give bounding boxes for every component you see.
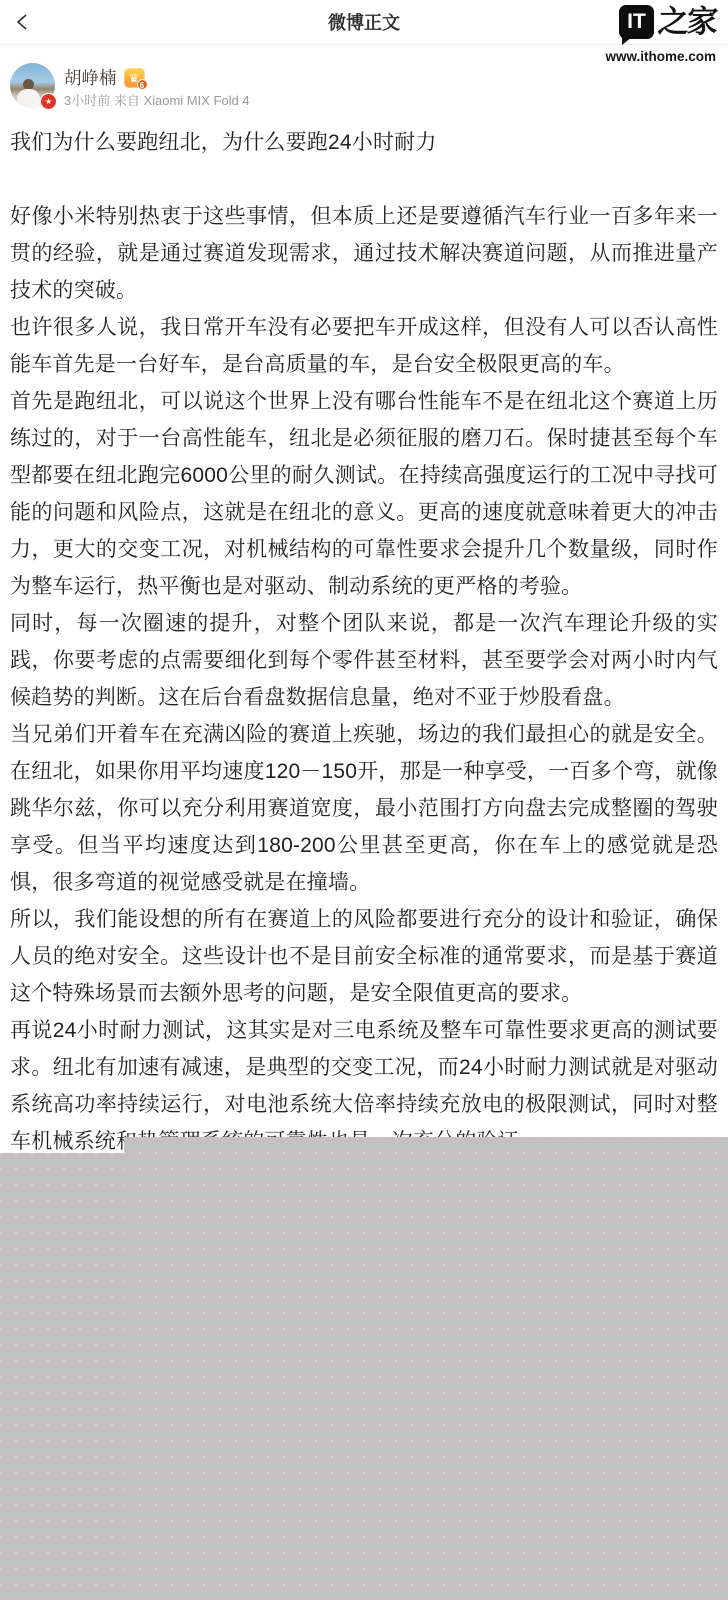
ithome-watermark: IT 之家 www.ithome.com — [605, 5, 716, 64]
post-paragraph — [10, 161, 718, 198]
post-paragraph: 好像小米特别热衷于这些事情，但本质上还是要遵循汽车行业一百多年来一贯的经验，就是… — [10, 198, 718, 309]
post-paragraph: 所以，我们能设想的所有在赛道上的风险都要进行充分的设计和验证，确保人员的绝对安全… — [10, 901, 718, 1012]
image-placeholder[interactable] — [124, 1137, 728, 1600]
image-placeholder-left[interactable] — [0, 1153, 124, 1600]
post-paragraph: 当兄弟们开着车在充满凶险的赛道上疾驰，场边的我们最担心的就是安全。在纽北，如果你… — [10, 716, 718, 901]
post-paragraph: 我们为什么要跑纽北，为什么要跑24小时耐力 — [10, 124, 718, 161]
vip-badge: ♛ 6 — [124, 68, 145, 88]
author-row: ★ 胡峥楠 ♛ 6 3小时前 来自 Xiaomi MIX Fold 4 — [10, 63, 250, 110]
weibo-article-screen: 微博正文 IT 之家 www.ithome.com ★ 胡峥楠 ♛ 6 3小时前… — [0, 0, 728, 1600]
post-paragraph: 也许很多人说，我日常开车没有必要把车开成这样，但没有人可以否认高性能车首先是一台… — [10, 309, 718, 383]
author-info: 胡峥楠 ♛ 6 3小时前 来自 Xiaomi MIX Fold 4 — [64, 63, 250, 110]
ithome-zhijia-logo: 之家 — [657, 5, 717, 39]
author-name-line: 胡峥楠 ♛ 6 — [64, 65, 250, 90]
avatar-wrap: ★ — [10, 63, 55, 108]
post-meta: 3小时前 来自 Xiaomi MIX Fold 4 — [64, 90, 250, 109]
verified-badge-icon: ★ — [40, 93, 57, 110]
ithome-it-logo-icon: IT — [619, 5, 654, 39]
ithome-url: www.ithome.com — [605, 49, 716, 64]
author-name[interactable]: 胡峥楠 — [64, 65, 117, 90]
vip-level: 6 — [137, 79, 148, 90]
post-paragraph: 同时，每一次圈速的提升，对整个团队来说，都是一次汽车理论升级的实践，你要考虑的点… — [10, 605, 718, 716]
ithome-logo: IT 之家 — [605, 5, 716, 39]
post-paragraph: 首先是跑纽北，可以说这个世界上没有哪台性能车不是在纽北这个赛道上历练过的，对于一… — [10, 383, 718, 605]
